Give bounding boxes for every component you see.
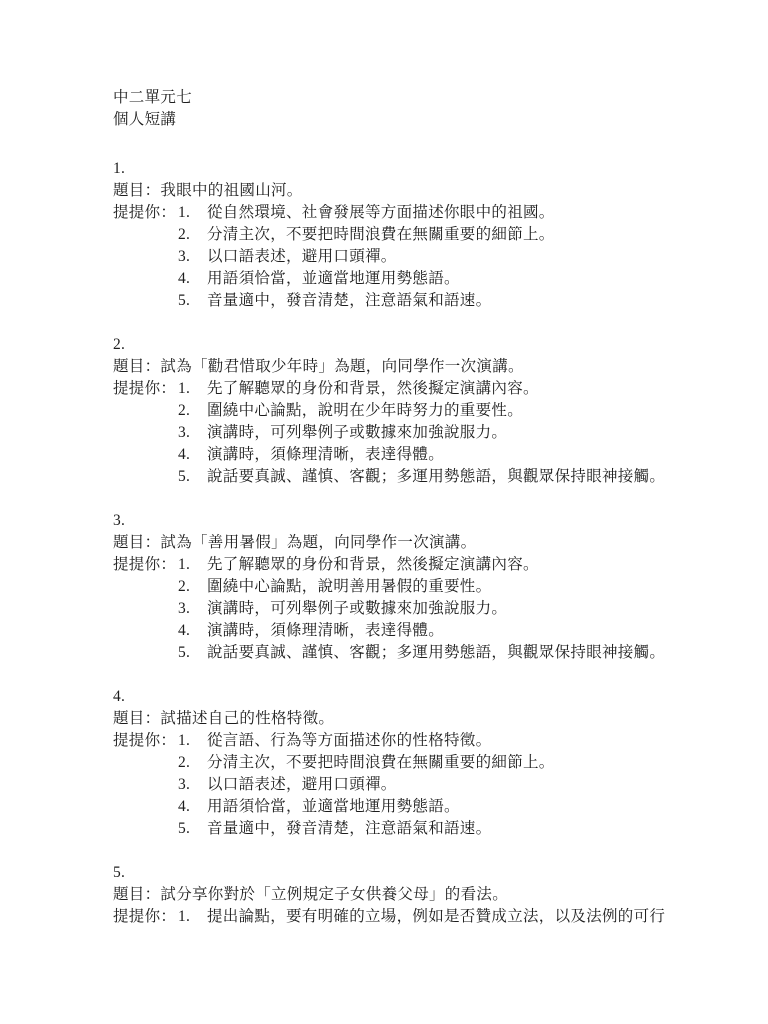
hint-text: 用語須恰當，並適當地運用勢態語。: [207, 268, 733, 290]
hint-number: 5.: [178, 642, 207, 664]
hints-label: 提提你：: [113, 730, 178, 752]
hint-number: 4.: [178, 268, 207, 290]
hints-label-spacer: [113, 818, 178, 840]
hint-number: 3.: [178, 422, 207, 444]
hint-number: 3.: [178, 246, 207, 268]
hints-label-spacer: [113, 796, 178, 818]
topic-text: 試為「善用暑假」為題，向同學作一次演講。: [160, 534, 476, 551]
section-number: 2.: [113, 334, 733, 356]
hint-number: 4.: [178, 796, 207, 818]
hint-row: 2. 圍繞中心論點，說明善用暑假的重要性。: [113, 576, 733, 598]
hint-text: 先了解聽眾的身份和背景，然後擬定演講內容。: [207, 554, 733, 576]
hint-number: 2.: [178, 400, 207, 422]
hint-number: 5.: [178, 466, 207, 488]
hint-row: 提提你： 1. 提出論點，要有明確的立場，例如是否贊成立法，以及法例的可行: [113, 906, 733, 928]
hints-label-spacer: [113, 268, 178, 290]
hints-label-spacer: [113, 598, 178, 620]
hint-number: 1.: [178, 906, 207, 928]
hint-text: 以口語表述，避用口頭禪。: [207, 246, 733, 268]
hint-text: 分清主次，不要把時間浪費在無關重要的細節上。: [207, 224, 733, 246]
document-content: 中二單元七 個人短講 1. 題目：我眼中的祖國山河。 提提你： 1. 從自然環境…: [113, 87, 733, 928]
hints-label-spacer: [113, 400, 178, 422]
section-2: 2. 題目：試為「勸君惜取少年時」為題，向同學作一次演講。 提提你： 1. 先了…: [113, 334, 733, 488]
hint-number: 2.: [178, 752, 207, 774]
hint-text: 先了解聽眾的身份和背景，然後擬定演講內容。: [207, 378, 733, 400]
hint-row: 3. 以口語表述，避用口頭禪。: [113, 774, 733, 796]
document-page: 中二單元七 個人短講 1. 題目：我眼中的祖國山河。 提提你： 1. 從自然環境…: [0, 0, 768, 1024]
section-number: 5.: [113, 862, 733, 884]
unit-title: 中二單元七: [113, 87, 733, 109]
topic-label: 題目：: [113, 358, 160, 375]
hint-row: 5. 說話要真誠、謹慎、客觀；多運用勢態語，與觀眾保持眼神接觸。: [113, 642, 733, 664]
section-3: 3. 題目：試為「善用暑假」為題，向同學作一次演講。 提提你： 1. 先了解聽眾…: [113, 510, 733, 664]
hint-row: 2. 圍繞中心論點，說明在少年時努力的重要性。: [113, 400, 733, 422]
hints-label-spacer: [113, 224, 178, 246]
topic-text: 我眼中的祖國山河。: [160, 182, 302, 199]
hint-text: 從言語、行為等方面描述你的性格特徵。: [207, 730, 733, 752]
topic-label: 題目：: [113, 710, 160, 727]
hints-label: 提提你：: [113, 554, 178, 576]
hint-row: 3. 演講時，可列舉例子或數據來加強說服力。: [113, 422, 733, 444]
topic-line: 題目：試描述自己的性格特徵。: [113, 708, 733, 730]
hints-label-spacer: [113, 290, 178, 312]
hint-text: 演講時，可列舉例子或數據來加強說服力。: [207, 422, 733, 444]
hint-number: 4.: [178, 444, 207, 466]
hint-number: 2.: [178, 224, 207, 246]
hint-text: 音量適中，發音清楚，注意語氣和語速。: [207, 290, 733, 312]
hint-number: 3.: [178, 598, 207, 620]
hint-text: 演講時，須條理清晰，表達得體。: [207, 444, 733, 466]
hint-text: 分清主次，不要把時間浪費在無關重要的細節上。: [207, 752, 733, 774]
hint-text: 圍繞中心論點，說明善用暑假的重要性。: [207, 576, 733, 598]
topic-line: 題目：試為「勸君惜取少年時」為題，向同學作一次演講。: [113, 356, 733, 378]
topic-label: 題目：: [113, 182, 160, 199]
hint-text: 以口語表述，避用口頭禪。: [207, 774, 733, 796]
hint-row: 提提你： 1. 先了解聽眾的身份和背景，然後擬定演講內容。: [113, 378, 733, 400]
topic-label: 題目：: [113, 886, 160, 903]
hints-label-spacer: [113, 246, 178, 268]
section-number: 3.: [113, 510, 733, 532]
hint-text: 圍繞中心論點，說明在少年時努力的重要性。: [207, 400, 733, 422]
hints-label-spacer: [113, 466, 178, 488]
hint-row: 5. 音量適中，發音清楚，注意語氣和語速。: [113, 818, 733, 840]
hint-row: 4. 用語須恰當，並適當地運用勢態語。: [113, 796, 733, 818]
doc-title: 個人短講: [113, 109, 733, 131]
hint-row: 3. 演講時，可列舉例子或數據來加強說服力。: [113, 598, 733, 620]
hint-text: 從自然環境、社會發展等方面描述你眼中的祖國。: [207, 202, 733, 224]
hints-label-spacer: [113, 620, 178, 642]
hints-label: 提提你：: [113, 202, 178, 224]
hints-label-spacer: [113, 444, 178, 466]
hints-label-spacer: [113, 576, 178, 598]
hint-number: 1.: [178, 202, 207, 224]
hint-text: 演講時，可列舉例子或數據來加強說服力。: [207, 598, 733, 620]
hint-text: 提出論點，要有明確的立場，例如是否贊成立法，以及法例的可行: [207, 906, 733, 928]
hint-text: 說話要真誠、謹慎、客觀；多運用勢態語，與觀眾保持眼神接觸。: [207, 466, 733, 488]
hint-row: 提提你： 1. 先了解聽眾的身份和背景，然後擬定演講內容。: [113, 554, 733, 576]
section-number: 1.: [113, 158, 733, 180]
topic-line: 題目：試為「善用暑假」為題，向同學作一次演講。: [113, 532, 733, 554]
hint-number: 5.: [178, 818, 207, 840]
topic-text: 試分享你對於「立例規定子女供養父母」的看法。: [160, 886, 508, 903]
topic-line: 題目：我眼中的祖國山河。: [113, 180, 733, 202]
section-number: 4.: [113, 686, 733, 708]
hint-number: 1.: [178, 378, 207, 400]
hint-number: 2.: [178, 576, 207, 598]
section-4: 4. 題目：試描述自己的性格特徵。 提提你： 1. 從言語、行為等方面描述你的性…: [113, 686, 733, 840]
section-5: 5. 題目：試分享你對於「立例規定子女供養父母」的看法。 提提你： 1. 提出論…: [113, 862, 733, 928]
hint-number: 3.: [178, 774, 207, 796]
hint-row: 2. 分清主次，不要把時間浪費在無關重要的細節上。: [113, 752, 733, 774]
hint-row: 4. 演講時，須條理清晰，表達得體。: [113, 620, 733, 642]
topic-text: 試為「勸君惜取少年時」為題，向同學作一次演講。: [160, 358, 523, 375]
hint-number: 4.: [178, 620, 207, 642]
hint-row: 5. 音量適中，發音清楚，注意語氣和語速。: [113, 290, 733, 312]
hint-row: 2. 分清主次，不要把時間浪費在無關重要的細節上。: [113, 224, 733, 246]
hint-text: 演講時，須條理清晰，表達得體。: [207, 620, 733, 642]
hint-row: 3. 以口語表述，避用口頭禪。: [113, 246, 733, 268]
hints-label-spacer: [113, 642, 178, 664]
topic-text: 試描述自己的性格特徵。: [160, 710, 334, 727]
hints-label-spacer: [113, 422, 178, 444]
hints-label: 提提你：: [113, 378, 178, 400]
hint-row: 4. 演講時，須條理清晰，表達得體。: [113, 444, 733, 466]
hints-label-spacer: [113, 752, 178, 774]
hint-text: 音量適中，發音清楚，注意語氣和語速。: [207, 818, 733, 840]
hint-number: 1.: [178, 554, 207, 576]
topic-label: 題目：: [113, 534, 160, 551]
hint-number: 5.: [178, 290, 207, 312]
section-1: 1. 題目：我眼中的祖國山河。 提提你： 1. 從自然環境、社會發展等方面描述你…: [113, 158, 733, 312]
hint-row: 5. 說話要真誠、謹慎、客觀；多運用勢態語，與觀眾保持眼神接觸。: [113, 466, 733, 488]
hints-label-spacer: [113, 774, 178, 796]
hints-label: 提提你：: [113, 906, 178, 928]
hint-number: 1.: [178, 730, 207, 752]
hint-text: 用語須恰當，並適當地運用勢態語。: [207, 796, 733, 818]
hint-row: 提提你： 1. 從自然環境、社會發展等方面描述你眼中的祖國。: [113, 202, 733, 224]
hint-row: 4. 用語須恰當，並適當地運用勢態語。: [113, 268, 733, 290]
hint-row: 提提你： 1. 從言語、行為等方面描述你的性格特徵。: [113, 730, 733, 752]
hint-text: 說話要真誠、謹慎、客觀；多運用勢態語，與觀眾保持眼神接觸。: [207, 642, 733, 664]
topic-line: 題目：試分享你對於「立例規定子女供養父母」的看法。: [113, 884, 733, 906]
